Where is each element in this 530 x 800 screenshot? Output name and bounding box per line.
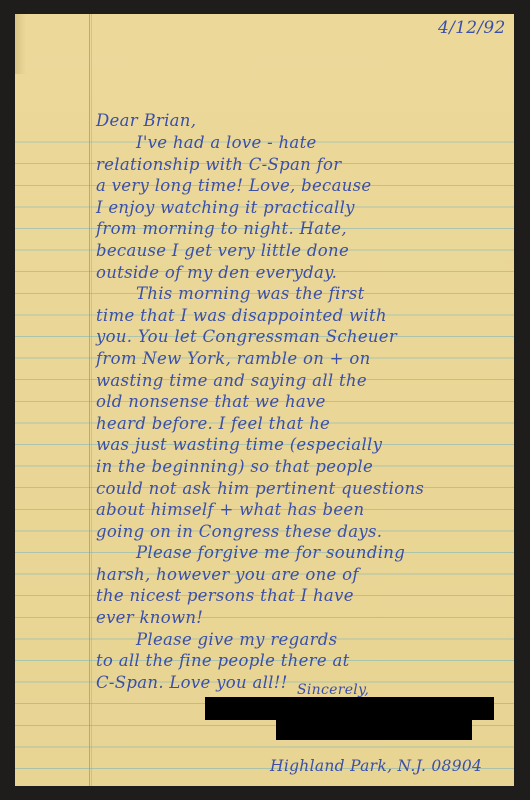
body-line: the nicest persons that I have	[96, 585, 424, 607]
body-line: This morning was the first	[96, 283, 424, 305]
body-line: harsh, however you are one of	[96, 564, 424, 586]
body-line: relationship with C-Span for	[96, 154, 424, 176]
body-line: time that I was disappointed with	[96, 305, 424, 327]
body-line: I enjoy watching it practically	[96, 197, 424, 219]
body-line: ever known!	[96, 607, 424, 629]
red-margin-line	[89, 14, 90, 786]
city-state-zip: Highland Park, N.J. 08904	[270, 756, 482, 778]
body-line: outside of my den everyday.	[96, 262, 424, 284]
letter-date: 4/12/92	[438, 18, 506, 40]
body-line: you. You let Congressman Scheuer	[96, 326, 424, 348]
body-line: a very long time! Love, because	[96, 175, 424, 197]
body-line: going on in Congress these days.	[96, 521, 424, 543]
body-line: could not ask him pertinent questions	[96, 478, 424, 500]
body-line: to all the fine people there at	[96, 650, 424, 672]
body-line: heard before. I feel that he	[96, 413, 424, 435]
body-line: from New York, ramble on + on	[96, 348, 424, 370]
body-line: C-Span. Love you all!!	[96, 672, 424, 694]
body-line: because I get very little done	[96, 240, 424, 262]
body-line: wasting time and saying all the	[96, 370, 424, 392]
body-line: from morning to night. Hate,	[96, 218, 424, 240]
letter-page: 4/12/92 Dear Brian, I've had a love - ha…	[15, 14, 514, 786]
letter-body: I've had a love - hate relationship with…	[96, 132, 424, 693]
body-line: was just wasting time (especially	[96, 434, 424, 456]
body-line: in the beginning) so that people	[96, 456, 424, 478]
redacted-street-address	[276, 720, 472, 740]
body-line: old nonsense that we have	[96, 391, 424, 413]
body-line: about himself + what has been	[96, 499, 424, 521]
redacted-signature	[205, 697, 494, 720]
body-line: I've had a love - hate	[96, 132, 424, 154]
body-line: Please forgive me for sounding	[96, 542, 424, 564]
body-line: Please give my regards	[96, 629, 424, 651]
letter-greeting: Dear Brian,	[96, 110, 196, 132]
page-fold-shadow	[15, 14, 25, 74]
